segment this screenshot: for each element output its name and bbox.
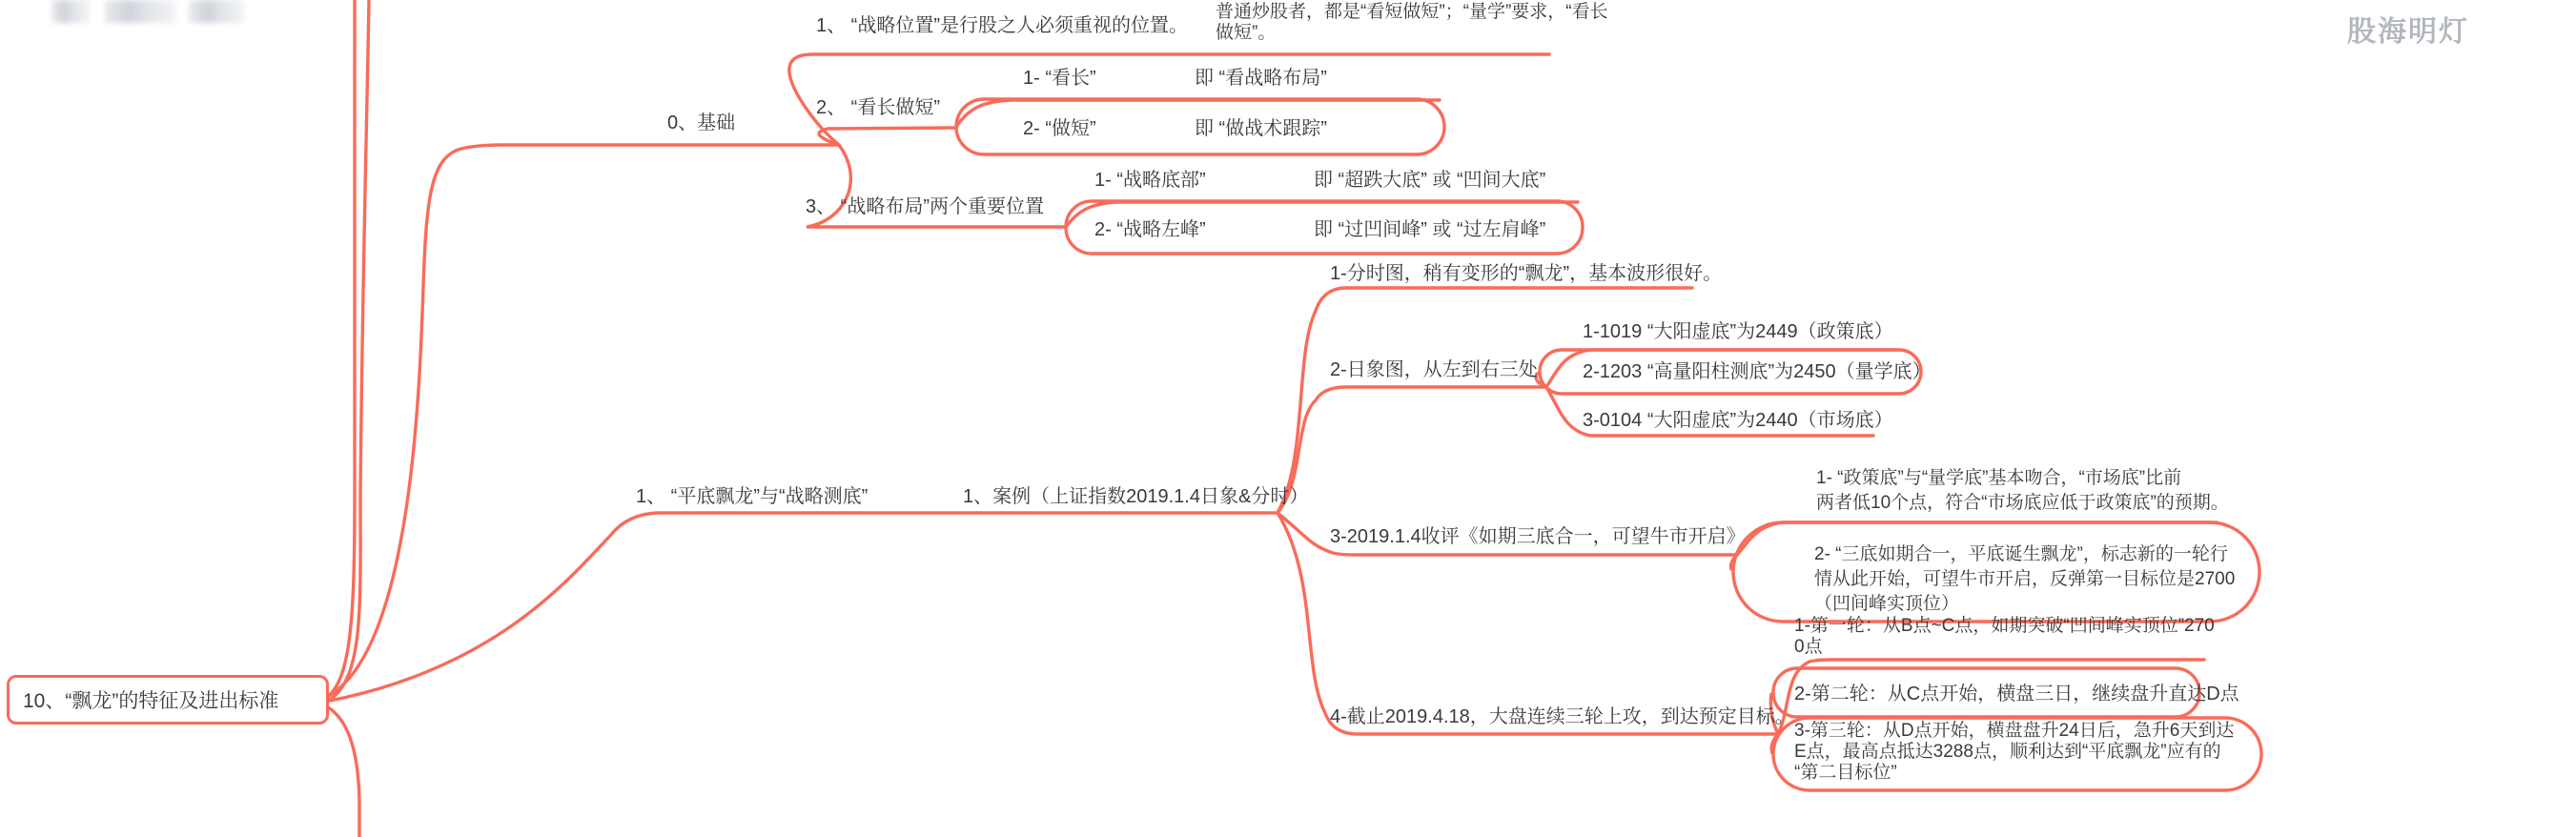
blurred-toolbar-item xyxy=(105,0,175,23)
topic-volume-bottom[interactable]: 2-1203 “高量阳柱测底”为2450（量学底） xyxy=(1583,361,1932,382)
topic-progress[interactable]: 4-截止2019.4.18，大盘连续三轮上攻，到达预定目标。 xyxy=(1330,706,1794,727)
trunk-up-2 xyxy=(325,0,369,703)
topic-strategic-layout[interactable]: 3、 “战略布局”两个重要位置 xyxy=(806,196,1044,217)
blurred-toolbar-item xyxy=(51,0,90,23)
topic-look-long-do-short[interactable]: 2、 “看长做短” xyxy=(816,97,940,118)
topic-look-long-label[interactable]: 1- “看长” xyxy=(1023,68,1096,89)
branch-basics xyxy=(325,145,839,698)
topic-basics[interactable]: 0、基础 xyxy=(667,112,735,133)
topic-policy-bottom[interactable]: 1-1019 “大阳虚底”为2449（政策底） xyxy=(1583,321,1893,342)
topic-minute-chart[interactable]: 1-分时图，稍有变形的“飘龙”，基本波形很好。 xyxy=(1330,263,1722,284)
topic-review-point-1[interactable]: 1- “政策底”与“量学底”基本吻合，“市场底”比前 两者低10个点，符合“市场… xyxy=(1816,466,2229,516)
watermark: 股海明灯 xyxy=(2347,8,2469,50)
trunk-up-1 xyxy=(325,0,355,699)
topic-do-short-label[interactable]: 2- “做短” xyxy=(1023,118,1096,139)
topic-flat-dragon[interactable]: 1、 “平底飘龙”与“战略测底” xyxy=(636,486,868,507)
topic-round-1[interactable]: 1-第一轮：从B点~C点，如期突破“凹间峰实顶位”270 0点 xyxy=(1794,616,2215,658)
branch-dragon xyxy=(325,513,1278,702)
topic-strategic-left-peak-def[interactable]: 即 “过凹间峰” 或 “过左肩峰” xyxy=(1314,219,1545,240)
topic-strategic-bottom-def[interactable]: 即 “超跌大底” 或 “凹间大底” xyxy=(1314,170,1545,191)
topic-market-bottom[interactable]: 3-0104 “大阳虚底”为2440（市场底） xyxy=(1583,410,1893,431)
topic-strategic-left-peak-label[interactable]: 2- “战略左峰” xyxy=(1094,219,1206,240)
root-topic[interactable]: 10、“飘龙”的特征及进出标准 xyxy=(7,675,329,725)
topic-review[interactable]: 3-2019.1.4收评《如期三底合一，可望牛市开启》 xyxy=(1330,526,1746,547)
topic-round-3[interactable]: 3-第三轮：从D点开始，横盘盘升24日后，急升6天到达 E点，最高点抵达3288… xyxy=(1794,721,2234,784)
trunk-down xyxy=(325,705,359,837)
topic-look-long-def[interactable]: 即 “看战略布局” xyxy=(1195,68,1327,89)
mindmap-canvas: 股海明灯 10、“飘龙”的特征及进出标准 0、基础 1、 “战略位置”是行股之人… xyxy=(0,0,2576,837)
topic-do-short-def[interactable]: 即 “做战术跟踪” xyxy=(1195,118,1327,139)
topic-strategic-bottom-label[interactable]: 1- “战略底部” xyxy=(1094,170,1206,191)
topic-daily-chart[interactable]: 2-日象图，从左到右三处 xyxy=(1330,359,1538,380)
branch-d2 xyxy=(1278,387,1546,513)
topic-review-point-2[interactable]: 2- “三底如期合一，平底诞生飘龙”，标志新的一轮行 情从此开始，可望牛市开启，… xyxy=(1814,542,2235,617)
branch-n2 xyxy=(819,128,956,145)
topic-round-2[interactable]: 2-第二轮：从C点开始，横盘三日，继续盘升直达D点 xyxy=(1794,684,2239,704)
note-ordinary-traders[interactable]: 普通炒股者，都是“看短做短”；“量学”要求，“看长 做短”。 xyxy=(1216,2,1608,44)
topic-strategic-position[interactable]: 1、 “战略位置”是行股之人必须重视的位置。 xyxy=(816,15,1188,36)
topic-case[interactable]: 1、案例（上证指数2019.1.4日象&分时） xyxy=(963,486,1308,507)
blurred-toolbar-item xyxy=(189,0,244,23)
